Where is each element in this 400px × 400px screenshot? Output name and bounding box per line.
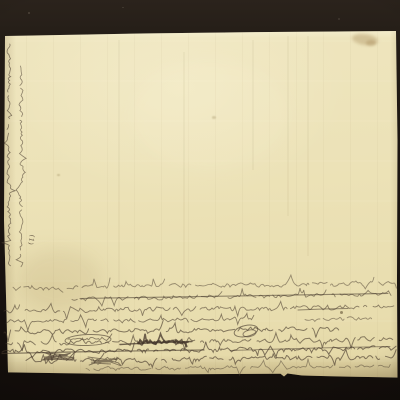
- handwritten-text-line: [6, 333, 393, 351]
- handwritten-text-line: [4, 302, 394, 320]
- circled-word-outline: [65, 334, 111, 347]
- handwritten-text-line: [13, 275, 396, 292]
- ink-scribble: [42, 352, 74, 360]
- handwritten-text-line: [86, 359, 390, 376]
- margin-note-line: [2, 44, 16, 266]
- strikethrough-mark: [80, 294, 388, 299]
- handwritten-text-line: [305, 317, 372, 322]
- handwritten-text-line: [4, 320, 339, 342]
- handwritten-text-line: [6, 314, 254, 331]
- margin-note-line: [16, 66, 26, 267]
- handwriting-ink: [0, 0, 400, 400]
- photo-backdrop: (1): [0, 0, 400, 400]
- handwritten-text-line: [72, 288, 391, 306]
